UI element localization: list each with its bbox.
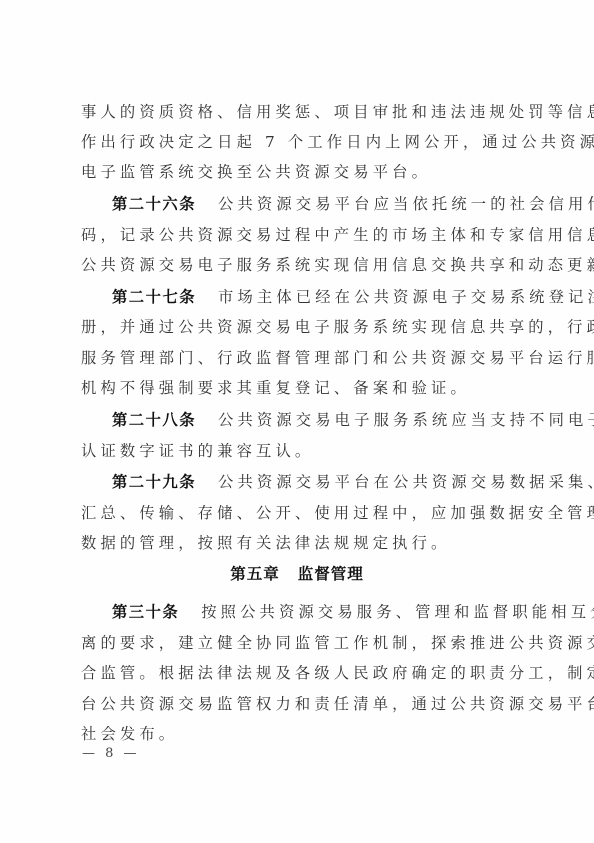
article-heading: 第二十八条 [112, 411, 196, 429]
article-heading: 第二十九条 [112, 473, 196, 491]
body-line: 服务管理部门、行政监督管理部门和公共资源交易平台运行服务 [81, 343, 521, 373]
body-line: 公共资源交易电子服务系统实现信用信息交换共享和动态更新。 [81, 250, 521, 280]
chapter-title: 监督管理 [298, 565, 364, 583]
article-30-first-line: 第三十条按照公共资源交易服务、管理和监督职能相互分 [112, 597, 552, 627]
page-number: — 8 — [82, 746, 140, 761]
body-line: 认证数字证书的兼容互认。 [81, 436, 521, 466]
article-29-first-line: 第二十九条公共资源交易平台在公共资源交易数据采集、 [112, 467, 552, 497]
article-text: 按照公共资源交易服务、管理和监督职能相互分 [201, 603, 594, 621]
chapter-heading: 第五章监督管理 [0, 562, 594, 584]
article-28-first-line: 第二十八条公共资源交易电子服务系统应当支持不同电子 [112, 405, 552, 435]
article-heading: 第二十七条 [112, 288, 196, 306]
article-heading: 第三十条 [112, 603, 179, 621]
body-line: 电子监管系统交换至公共资源交易平台。 [81, 157, 521, 187]
article-text: 公共资源交易平台应当依托统一的社会信用代 [218, 195, 594, 213]
article-27-first-line: 第二十七条市场主体已经在公共资源电子交易系统登记注 [112, 282, 552, 312]
body-line: 册，并通过公共资源交易电子服务系统实现信息共享的，行政审批 [81, 312, 521, 342]
body-line: 离的要求，建立健全协同监管工作机制，探索推进公共资源交易综 [81, 628, 521, 658]
article-text: 市场主体已经在公共资源电子交易系统登记注 [218, 288, 594, 306]
body-line: 汇总、传输、存储、公开、使用过程中，应加强数据安全管理。涉密 [81, 498, 521, 528]
document-page: 事人的资质资格、信用奖惩、项目审批和违法违规处罚等信息，自 作出行政决定之日起 … [0, 0, 594, 843]
body-line: 作出行政决定之日起 7 个工作日内上网公开，通过公共资源交易 [81, 127, 521, 157]
article-26-first-line: 第二十六条公共资源交易平台应当依托统一的社会信用代 [112, 189, 552, 219]
article-heading: 第二十六条 [112, 195, 196, 213]
body-line: 码，记录公共资源交易过程中产生的市场主体和专家信用信息，通过 [81, 220, 521, 250]
body-line: 台公共资源交易监管权力和责任清单，通过公共资源交易平台向 [81, 689, 521, 719]
body-line: 合监管。根据法律法规及各级人民政府确定的职责分工，制定出 [81, 658, 521, 688]
article-text: 公共资源交易平台在公共资源交易数据采集、 [218, 473, 594, 491]
body-line: 机构不得强制要求其重复登记、备案和验证。 [81, 373, 521, 403]
body-line: 事人的资质资格、信用奖惩、项目审批和违法违规处罚等信息，自 [81, 97, 521, 127]
body-line: 社会发布。 [81, 719, 521, 749]
body-line: 数据的管理，按照有关法律法规规定执行。 [81, 528, 521, 558]
chapter-number: 第五章 [230, 565, 280, 583]
article-text: 公共资源交易电子服务系统应当支持不同电子 [218, 411, 594, 429]
